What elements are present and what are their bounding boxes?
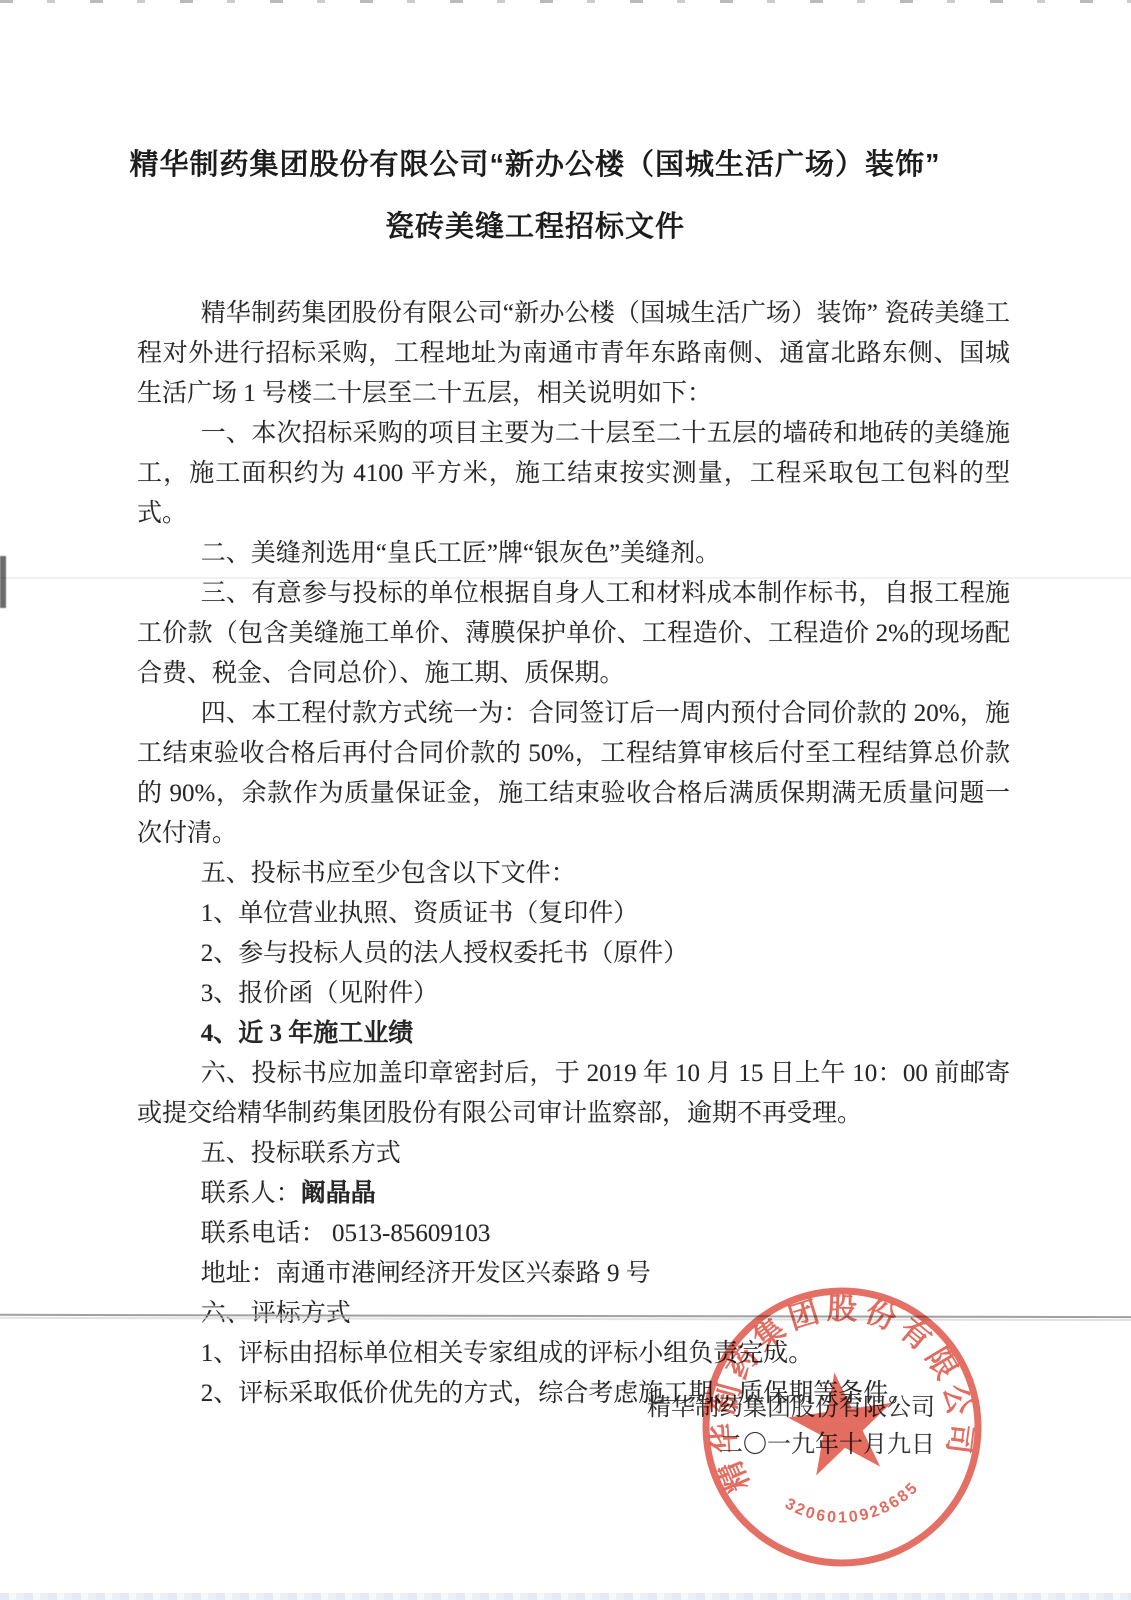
contact-phone-line: 联系电话： 0513-85609103 <box>137 1214 1010 1254</box>
section-2-paragraph: 二、美缝剂选用“皇氏工匠”牌“银灰色”美缝剂。 <box>137 534 1010 574</box>
required-doc-item-3: 3、报价函（见附件） <box>137 974 1010 1014</box>
required-doc-item-4: 4、近 3 年施工业绩 <box>137 1014 1010 1054</box>
document-body: 精华制药集团股份有限公司“新办公楼（国城生活广场）装饰” 瓷砖美缝工程对外进行招… <box>137 294 1010 1414</box>
document-title-line1: 精华制药集团股份有限公司“新办公楼（国城生活广场）装饰” <box>35 134 1035 196</box>
contact-person-name: 阚晶晶 <box>301 1180 376 1207</box>
scanned-tender-document-page: { "doc": { "title": { "line1": "精华制药集团股份… <box>0 0 1131 1600</box>
scan-artifact-left-edge <box>0 556 6 608</box>
contact-person-label: 联系人： <box>201 1180 301 1207</box>
required-doc-item-1: 1、单位营业执照、资质证书（复印件） <box>137 894 1010 934</box>
svg-text:3206010928685: 3206010928685 <box>780 1477 926 1535</box>
document-title-line2: 瓷砖美缝工程招标文件 <box>35 196 1035 258</box>
seal-star-icon <box>783 1365 900 1478</box>
intro-paragraph: 精华制药集团股份有限公司“新办公楼（国城生活广场）装饰” 瓷砖美缝工程对外进行招… <box>137 294 1010 414</box>
contact-person-line: 联系人：阚晶晶 <box>137 1174 1010 1214</box>
contact-section-heading: 五、投标联系方式 <box>137 1134 1010 1174</box>
company-seal: 精华制药集团股份有限公司 3206010928685 <box>692 1277 992 1577</box>
section-3-paragraph: 三、有意参与投标的单位根据自身人工和材料成本制作标书，自报工程施工价款（包含美缝… <box>137 574 1010 694</box>
section-5-heading: 五、投标书应至少包含以下文件： <box>137 854 1010 894</box>
document-title: 精华制药集团股份有限公司“新办公楼（国城生活广场）装饰” 瓷砖美缝工程招标文件 <box>35 134 1035 258</box>
section-6-paragraph: 六、投标书应加盖印章密封后，于 2019 年 10 月 15 日上午 10：00… <box>137 1054 1010 1134</box>
scan-noise-top-edge <box>0 0 1131 3</box>
seal-registration-number: 3206010928685 <box>780 1477 926 1535</box>
section-1-paragraph: 一、本次招标采购的项目主要为二十层至二十五层的墙砖和地砖的美缝施工，施工面积约为… <box>137 414 1010 534</box>
section-4-paragraph: 四、本工程付款方式统一为：合同签订后一周内预付合同价款的 20%，施工结束验收合… <box>137 694 1010 854</box>
scan-noise-bottom-edge <box>0 1593 1131 1600</box>
required-doc-item-2: 2、参与投标人员的法人授权委托书（原件） <box>137 934 1010 974</box>
